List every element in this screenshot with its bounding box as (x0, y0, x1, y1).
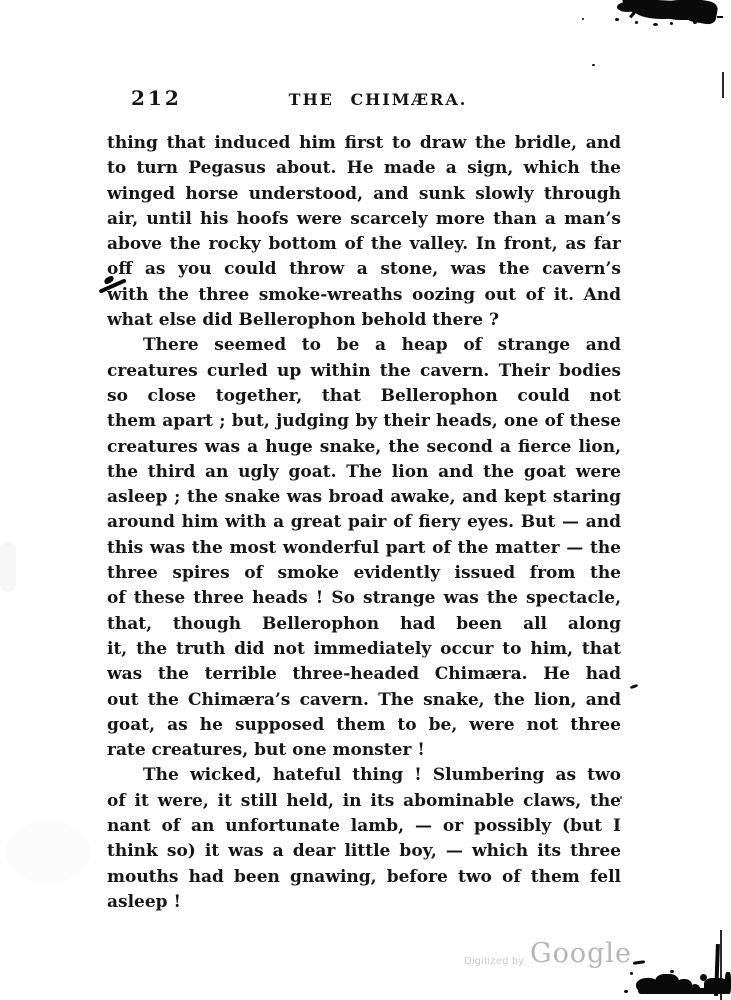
text-line: goat, as he supposed them to be, were no… (107, 713, 621, 738)
ink-speck (630, 684, 639, 690)
ink-speck (624, 990, 628, 993)
text-line: them apart ; but, judging by their heads… (107, 409, 621, 434)
text-line: of these three heads ! So strange was th… (107, 586, 621, 611)
text-line: this was the most wonderful part of the … (107, 536, 621, 561)
scan-smudge (0, 542, 16, 592)
ink-blot-shape (683, 0, 719, 26)
ink-speck (670, 970, 674, 973)
ink-speck (670, 22, 673, 25)
text-line: off as you could throw a stone, was the … (107, 257, 621, 282)
page-text: thing that induced him first to draw the… (107, 131, 621, 915)
text-line: There seemed to be a heap of strange and… (107, 333, 621, 358)
ink-speck (710, 15, 713, 18)
ink-speck (717, 16, 723, 18)
text-line: around him with a great pair of fiery ey… (107, 510, 621, 535)
text-line: rate creatures, but one monster ! (107, 738, 621, 763)
text-line: was the terrible three-headed Chimæra. H… (107, 662, 621, 687)
text-line: what else did Bellerophon behold there ? (107, 308, 621, 333)
text-line: so close together, that Bellerophon coul… (107, 384, 621, 409)
watermark-prefix: Digitized by (464, 955, 524, 967)
text-line: nant of an unfortunate lamb, — or possib… (107, 814, 621, 839)
text-line: above the rocky bottom of the valley. In… (107, 232, 621, 257)
ink-speck (653, 23, 658, 26)
ink-blot-top-right (575, 0, 731, 100)
text-line: winged horse understood, and sunk slowly… (107, 182, 621, 207)
ink-speck (582, 18, 584, 20)
text-line: The wicked, hateful thing ! Slumbering a… (107, 763, 621, 788)
ink-speck (630, 972, 633, 975)
text-line: creatures was a huge snake, the second a… (107, 435, 621, 460)
text-line: asleep ; the snake was broad awake, and … (107, 485, 621, 510)
ink-blot-shape (638, 988, 728, 994)
ink-speck (633, 960, 645, 965)
paragraph: There seemed to be a heap of strange and… (107, 333, 621, 763)
text-line: three spires of smoke evidently issued f… (107, 561, 621, 586)
text-line: creatures curled up within the cavern. T… (107, 359, 621, 384)
pen-mark (97, 275, 133, 297)
ink-speck (592, 64, 595, 66)
page-edge-line (722, 72, 724, 98)
ink-speck (620, 796, 622, 799)
text-line: of it were, it still held, in its abomin… (107, 789, 621, 814)
ink-blot-bottom-right (600, 930, 731, 1000)
text-line: the third an ugly goat. The lion and the… (107, 460, 621, 485)
text-line: to turn Pegasus about. He made a sign, w… (107, 156, 621, 181)
text-line: mouths had been gnawing, before two of t… (107, 865, 621, 890)
paragraph: thing that induced him first to draw the… (107, 131, 621, 333)
running-header: THE CHIMÆRA. (118, 90, 638, 109)
text-line: it, the truth did not immediately occur … (107, 637, 621, 662)
text-line: with the three smoke-wreaths oozing out … (107, 283, 621, 308)
text-line: asleep ! (107, 890, 621, 915)
scan-smudge (6, 820, 90, 884)
text-line: air, until his hoofs were scarcely more … (107, 207, 621, 232)
paragraph: The wicked, hateful thing ! Slumbering a… (107, 763, 621, 915)
text-line: think so) it was a dear little boy, — wh… (107, 839, 621, 864)
text-line: thing that induced him first to draw the… (107, 131, 621, 156)
ink-speck (693, 20, 697, 24)
ink-speck (635, 21, 638, 24)
text-line: that, though Bellerophon had been all al… (107, 612, 621, 637)
ink-speck (615, 18, 619, 21)
text-line: out the Chimæra’s cavern. The snake, the… (107, 688, 621, 713)
